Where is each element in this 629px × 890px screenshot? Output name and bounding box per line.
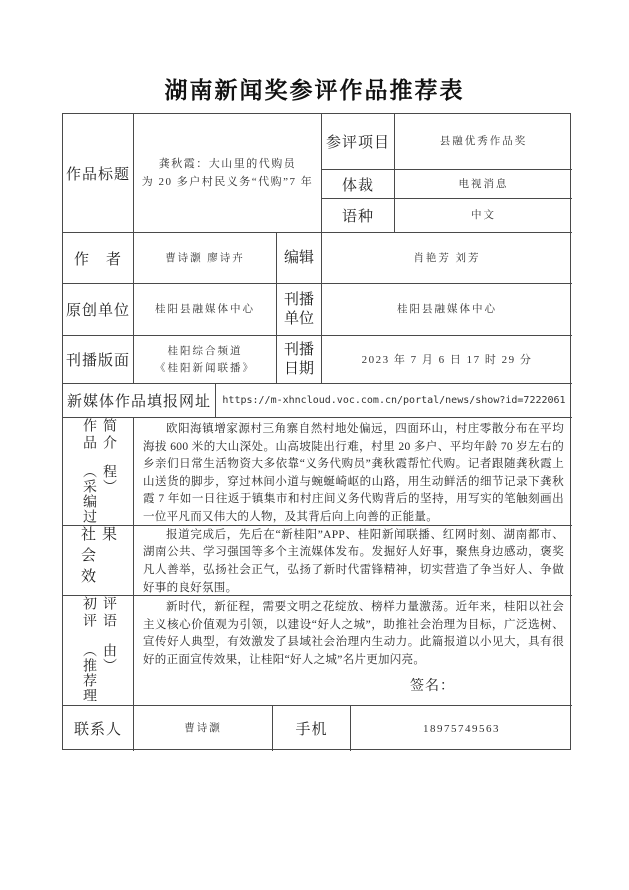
url-value: https://m-xhncloud.voc.com.cn/portal/new… (222, 395, 565, 406)
social-text: 报道完成后，先后在“新桂阳”APP、桂阳新闻联播、红网时刻、湖南都市、湖南公共、… (134, 526, 572, 596)
recommendation-form-page: { "page_title": "湖南新闻奖参评作品推荐表", "fields"… (0, 0, 629, 890)
intro-label-cell: 作品简介 （采编过程） (63, 418, 134, 526)
phone-label-cell: 手机 (273, 706, 351, 751)
entry-category-value: 县融优秀作品奖 (440, 133, 528, 150)
url-label: 新媒体作品填报网址 (67, 390, 211, 411)
language-label-cell: 语种 (322, 199, 395, 233)
intro-text-cell: 欧阳海镇增家源村三角寨自然村地处偏远，四面环山，村庄零散分布在平均海拔 600 … (134, 418, 572, 526)
phone-label: 手机 (295, 718, 327, 739)
work-title-label: 作品标题 (66, 163, 130, 184)
review-vertical-label: 初评评语 （推荐理由） (78, 596, 118, 705)
work-title-label-cell: 作品标题 (63, 114, 134, 233)
publish-date-value-cell: 2023 年 7 月 6 日 17 时 29 分 (322, 336, 572, 384)
publish-date-label: 刊播日期 (277, 341, 321, 379)
contact-value-cell: 曹诗灏 (134, 706, 273, 751)
editor-label-cell: 编辑 (277, 233, 322, 284)
contact-value: 曹诗灏 (184, 720, 222, 737)
phone-value: 18975749563 (423, 720, 500, 738)
original-unit-value: 桂阳县融媒体中心 (155, 301, 255, 318)
original-unit-label-cell: 原创单位 (63, 284, 134, 336)
publish-date-label-cell: 刊播日期 (277, 336, 322, 384)
genre-value: 电视消息 (459, 176, 509, 193)
publish-page-line1: 桂阳综合频道 (168, 343, 243, 360)
entry-category-label-cell: 参评项目 (322, 114, 395, 170)
editor-value: 肖艳芳 刘芳 (413, 250, 480, 267)
editor-label: 编辑 (284, 249, 314, 268)
phone-value-cell: 18975749563 (351, 706, 572, 751)
recommendation-form-table: 作品标题 龚秋霞：大山里的代购员 为 20 多户村民义务“代购”7 年 参评项目… (62, 113, 571, 750)
url-value-cell: https://m-xhncloud.voc.com.cn/portal/new… (216, 384, 572, 418)
intro-text: 欧阳海镇增家源村三角寨自然村地处偏远，四面环山，村庄零散分布在平均海拔 600 … (134, 418, 572, 526)
review-label-main: 初评评语 (78, 596, 118, 643)
social-label: 社会效果 (77, 526, 119, 595)
url-label-cell: 新媒体作品填报网址 (63, 384, 216, 418)
work-title-line2: 为 20 多户村民义务“代购”7 年 (142, 173, 314, 191)
genre-label-cell: 体裁 (322, 170, 395, 199)
intro-vertical-label: 作品简介 （采编过程） (78, 418, 118, 525)
review-label-paren: （推荐理由） (78, 643, 118, 705)
publish-unit-value-cell: 桂阳县融媒体中心 (322, 284, 572, 336)
author-value-cell: 曹诗灏 廖诗卉 (134, 233, 277, 284)
page-title: 湖南新闻奖参评作品推荐表 (0, 72, 629, 105)
original-unit-label: 原创单位 (66, 299, 130, 320)
author-label-cell: 作 者 (63, 233, 134, 284)
signature-label: 签名： (410, 675, 455, 695)
work-title-value-cell: 龚秋霞：大山里的代购员 为 20 多户村民义务“代购”7 年 (134, 114, 322, 233)
publish-page-label: 刊播版面 (66, 349, 130, 370)
work-title-line1: 龚秋霞：大山里的代购员 (159, 155, 297, 173)
review-text: 新时代，新征程，需要文明之花绽放、榜样力量激荡。近年来，桂阳以社会主义核心价值观… (134, 596, 572, 669)
intro-label-main: 作品简介 (78, 418, 118, 464)
original-unit-value-cell: 桂阳县融媒体中心 (134, 284, 277, 336)
publish-page-value-cell: 桂阳综合频道 《桂阳新闻联播》 (134, 336, 277, 384)
publish-page-line2: 《桂阳新闻联播》 (155, 360, 255, 377)
contact-label: 联系人 (74, 718, 122, 739)
author-label: 作 者 (74, 248, 122, 269)
publish-date-value: 2023 年 7 月 6 日 17 时 29 分 (362, 351, 533, 369)
entry-category-value-cell: 县融优秀作品奖 (395, 114, 572, 170)
social-text-cell: 报道完成后，先后在“新桂阳”APP、桂阳新闻联播、红网时刻、湖南都市、湖南公共、… (134, 526, 572, 596)
language-label: 语种 (342, 205, 374, 226)
social-label-cell: 社会效果 (63, 526, 134, 596)
intro-label-paren: （采编过程） (78, 464, 118, 525)
language-value-cell: 中文 (395, 199, 572, 233)
publish-unit-label-cell: 刊播单位 (277, 284, 322, 336)
genre-label: 体裁 (342, 174, 374, 195)
editor-value-cell: 肖艳芳 刘芳 (322, 233, 572, 284)
entry-category-label: 参评项目 (326, 131, 390, 152)
review-label-cell: 初评评语 （推荐理由） (63, 596, 134, 706)
language-value: 中文 (471, 207, 496, 224)
author-value: 曹诗灏 廖诗卉 (165, 250, 245, 267)
publish-page-label-cell: 刊播版面 (63, 336, 134, 384)
publish-unit-label: 刊播单位 (277, 291, 321, 329)
contact-label-cell: 联系人 (63, 706, 134, 751)
publish-unit-value: 桂阳县融媒体中心 (397, 301, 497, 318)
genre-value-cell: 电视消息 (395, 170, 572, 199)
review-text-cell: 新时代，新征程，需要文明之花绽放、榜样力量激荡。近年来，桂阳以社会主义核心价值观… (134, 596, 572, 706)
